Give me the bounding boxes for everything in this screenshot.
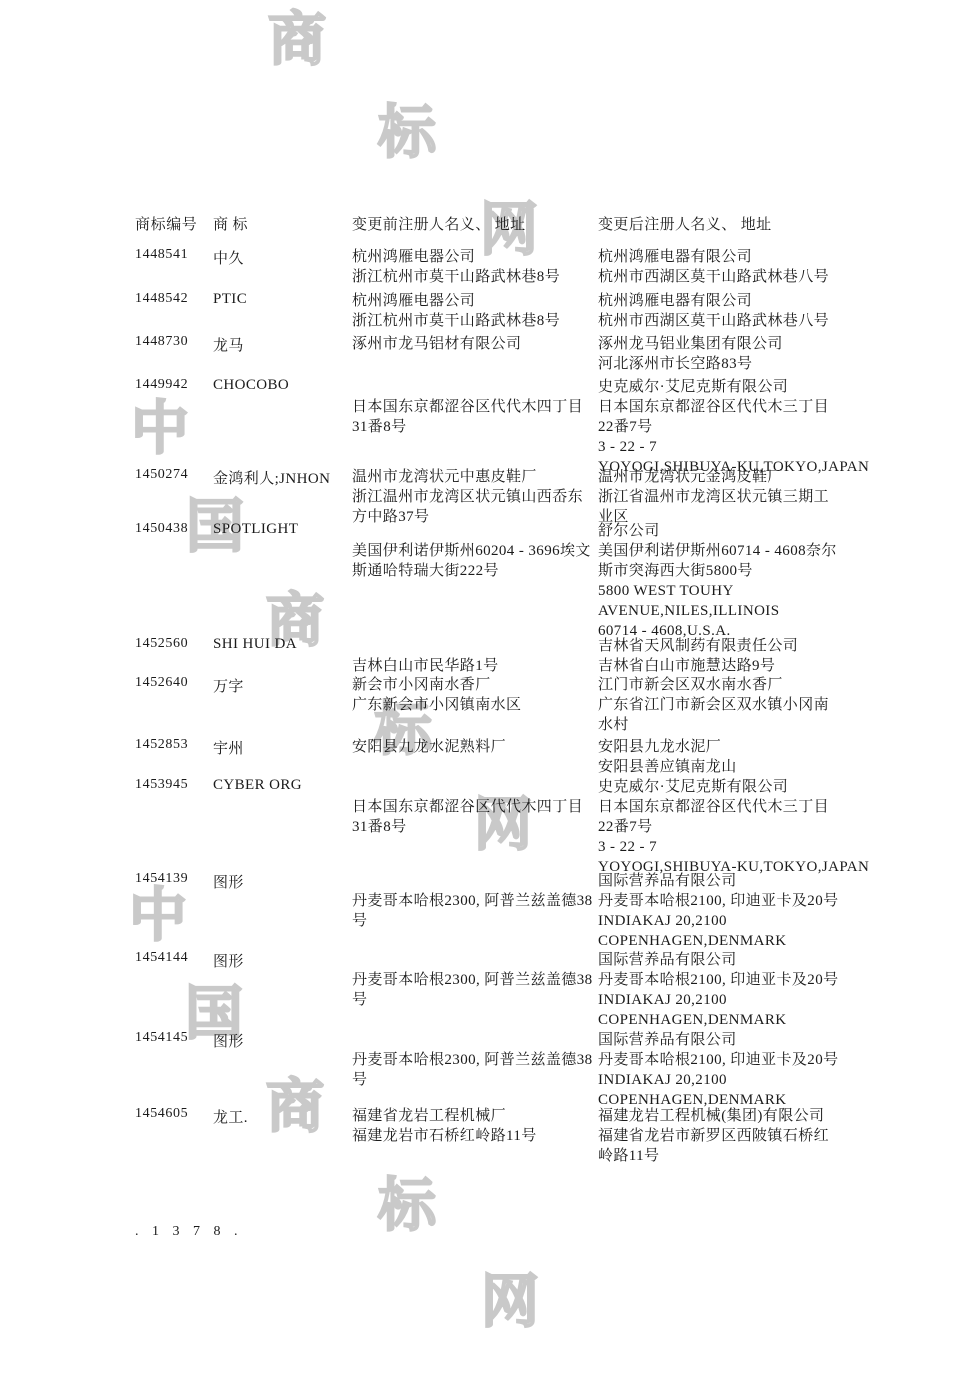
- registrant-before-line: [352, 521, 596, 541]
- registrant-after-cell: 安阳县九龙水泥厂安阳县善应镇南龙山: [598, 737, 860, 777]
- registrant-before-line: 号: [352, 990, 596, 1010]
- trademark-number: 1448730: [135, 334, 211, 350]
- trademark-name: 图形: [213, 1030, 349, 1051]
- trademark-number: 1450274: [135, 467, 211, 483]
- registrant-after-line: INDIAKAJ 20,2100: [598, 1070, 860, 1090]
- registrant-after-line: 史克威尔·艾尼克斯有限公司: [598, 377, 860, 397]
- registrant-after-line: AVENUE,NILES,ILLINOIS: [598, 601, 860, 621]
- watermark-glyph: 商: [268, 10, 326, 68]
- registrant-after-line: 涿州龙马铝业集团有限公司: [598, 334, 860, 354]
- trademark-name: 中久: [213, 247, 349, 268]
- registrant-before-cell: 新会市小冈南水香厂广东新会市小冈镇南水区: [352, 675, 596, 715]
- registrant-before-line: 日本国东京都涩谷区代代木四丁目: [352, 397, 596, 417]
- trademark-name: SPOTLIGHT: [213, 521, 349, 538]
- trademark-name: 图形: [213, 871, 349, 892]
- registrant-after-cell: 史克威尔·艾尼克斯有限公司日本国东京都涩谷区代代木三丁目22番7号3 - 22 …: [598, 777, 860, 877]
- trademark-name: 宇州: [213, 737, 349, 758]
- registrant-after-line: 丹麦哥本哈根2100, 印迪亚卡及20号: [598, 891, 860, 911]
- registrant-before-line: 温州市龙湾状元中惠皮鞋厂: [352, 467, 596, 487]
- registrant-before-line: 号: [352, 911, 596, 931]
- column-header-trademark-number: 商标编号: [135, 213, 211, 234]
- registrant-after-line: 吉林省白山市施慧达路9号: [598, 656, 860, 676]
- registrant-before-line: 丹麦哥本哈根2300, 阿普兰兹盖德38: [352, 891, 596, 911]
- registrant-before-line: [352, 1030, 596, 1050]
- trademark-gazette-page: 商标网中国商标网中国商标网 商标编号 商 标 变更前注册人名义、 地址 变更后注…: [0, 0, 980, 1400]
- registrant-after-line: 国际营养品有限公司: [598, 871, 860, 891]
- registrant-after-cell: 杭州鸿雁电器有限公司杭州市西湖区莫干山路武林巷八号: [598, 291, 860, 331]
- registrant-after-cell: 国际营养品有限公司丹麦哥本哈根2100, 印迪亚卡及20号INDIAKAJ 20…: [598, 871, 860, 951]
- registrant-after-line: 杭州鸿雁电器有限公司: [598, 291, 860, 311]
- registrant-after-line: 史克威尔·艾尼克斯有限公司: [598, 777, 860, 797]
- registrant-after-line: 福建龙岩工程机械(集团)有限公司: [598, 1106, 860, 1126]
- trademark-name: 龙马: [213, 334, 349, 355]
- column-header-trademark: 商 标: [213, 213, 349, 234]
- registrant-before-cell: 杭州鸿雁电器公司浙江杭州市莫干山路武林巷8号: [352, 247, 596, 287]
- registrant-before-line: 号: [352, 1070, 596, 1090]
- registrant-after-line: 水村: [598, 715, 860, 735]
- trademark-number: 1448542: [135, 291, 211, 307]
- registrant-after-cell: 江门市新会区双水南水香厂广东省江门市新会区双水镇小冈南水村: [598, 675, 860, 735]
- registrant-before-line: 31番8号: [352, 417, 596, 437]
- trademark-number: 1452560: [135, 636, 211, 652]
- registrant-before-line: 杭州鸿雁电器公司: [352, 291, 596, 311]
- registrant-after-cell: 福建龙岩工程机械(集团)有限公司福建省龙岩市新罗区西陂镇石桥红岭路11号: [598, 1106, 860, 1166]
- registrant-before-line: 浙江杭州市莫干山路武林巷8号: [352, 311, 596, 331]
- registrant-after-line: 杭州鸿雁电器有限公司: [598, 247, 860, 267]
- column-header-registrant-before: 变更前注册人名义、 地址: [352, 213, 596, 234]
- trademark-name: 金鸿利人;JNHON: [213, 467, 349, 488]
- registrant-before-line: 丹麦哥本哈根2300, 阿普兰兹盖德38: [352, 970, 596, 990]
- registrant-before-line: 浙江杭州市莫干山路武林巷8号: [352, 267, 596, 287]
- registrant-before-line: 福建省龙岩工程机械厂: [352, 1106, 596, 1126]
- registrant-after-line: COPENHAGEN,DENMARK: [598, 1010, 860, 1030]
- registrant-after-cell: 吉林省天风制药有限责任公司吉林省白山市施慧达路9号: [598, 636, 860, 676]
- registrant-before-cell: 安阳县九龙水泥熟料厂: [352, 737, 596, 757]
- registrant-before-line: 安阳县九龙水泥熟料厂: [352, 737, 596, 757]
- registrant-after-line: 福建省龙岩市新罗区西陂镇石桥红: [598, 1126, 860, 1146]
- registrant-before-cell: 日本国东京都涩谷区代代木四丁目31番8号: [352, 777, 596, 837]
- trademark-number: 1450438: [135, 521, 211, 537]
- trademark-number: 1453945: [135, 777, 211, 793]
- registrant-before-cell: 丹麦哥本哈根2300, 阿普兰兹盖德38号: [352, 950, 596, 1010]
- registrant-after-line: 温州市龙湾状元金鸿皮鞋厂: [598, 467, 860, 487]
- trademark-name: PTIC: [213, 291, 349, 308]
- registrant-before-cell: 福建省龙岩工程机械厂福建龙岩市石桥红岭路11号: [352, 1106, 596, 1146]
- registrant-before-line: [352, 950, 596, 970]
- column-header-registrant-after: 变更后注册人名义、 地址: [598, 213, 860, 234]
- registrant-after-line: COPENHAGEN,DENMARK: [598, 931, 860, 951]
- registrant-before-line: [352, 777, 596, 797]
- registrant-before-line: 杭州鸿雁电器公司: [352, 247, 596, 267]
- registrant-after-cell: 国际营养品有限公司丹麦哥本哈根2100, 印迪亚卡及20号INDIAKAJ 20…: [598, 950, 860, 1030]
- registrant-after-line: 3 - 22 - 7: [598, 837, 860, 857]
- registrant-before-line: [352, 871, 596, 891]
- registrant-after-line: 江门市新会区双水南水香厂: [598, 675, 860, 695]
- registrant-after-line: 舒尔公司: [598, 521, 860, 541]
- registrant-after-cell: 温州市龙湾状元金鸿皮鞋厂浙江省温州市龙湾区状元镇三期工业区: [598, 467, 860, 527]
- page-number: . 1 3 7 8 .: [135, 1224, 243, 1240]
- watermark-glyph: 标: [378, 103, 436, 161]
- registrant-after-line: 日本国东京都涩谷区代代木三丁目: [598, 397, 860, 417]
- trademark-number: 1454139: [135, 871, 211, 887]
- registrant-before-line: 新会市小冈南水香厂: [352, 675, 596, 695]
- trademark-number: 1452640: [135, 675, 211, 691]
- registrant-after-line: 国际营养品有限公司: [598, 1030, 860, 1050]
- watermark-glyph: 中: [131, 399, 189, 457]
- trademark-name: CYBER ORG: [213, 777, 349, 794]
- trademark-name: SHI HUI DA: [213, 636, 349, 653]
- registrant-before-cell: 温州市龙湾状元中惠皮鞋厂浙江温州市龙湾区状元镇山西岙东方中路37号: [352, 467, 596, 527]
- registrant-after-line: 斯市突海西大街5800号: [598, 561, 860, 581]
- registrant-before-line: 广东新会市小冈镇南水区: [352, 695, 596, 715]
- registrant-before-cell: 美国伊利诺伊斯州60204 - 3696埃文斯通哈特瑞大街222号: [352, 521, 596, 581]
- registrant-before-cell: 吉林白山市民华路1号: [352, 636, 596, 676]
- registrant-after-line: 美国伊利诺伊斯州60714 - 4608奈尔: [598, 541, 860, 561]
- registrant-before-cell: 日本国东京都涩谷区代代木四丁目31番8号: [352, 377, 596, 437]
- watermark-glyph: 标: [378, 1176, 436, 1234]
- trademark-name: 龙工.: [213, 1106, 349, 1127]
- registrant-before-line: [352, 636, 596, 656]
- watermark-glyph: 中: [129, 886, 187, 944]
- registrant-after-line: INDIAKAJ 20,2100: [598, 990, 860, 1010]
- registrant-after-line: 3 - 22 - 7: [598, 437, 860, 457]
- registrant-before-cell: 涿州市龙马铝材有限公司: [352, 334, 596, 354]
- trademark-number: 1449942: [135, 377, 211, 393]
- registrant-before-line: 福建龙岩市石桥红岭路11号: [352, 1126, 596, 1146]
- registrant-after-line: 安阳县九龙水泥厂: [598, 737, 860, 757]
- registrant-after-line: 丹麦哥本哈根2100, 印迪亚卡及20号: [598, 970, 860, 990]
- registrant-before-line: 日本国东京都涩谷区代代木四丁目: [352, 797, 596, 817]
- registrant-before-line: 吉林白山市民华路1号: [352, 656, 596, 676]
- registrant-after-line: INDIAKAJ 20,2100: [598, 911, 860, 931]
- registrant-after-line: 杭州市西湖区莫干山路武林巷八号: [598, 311, 860, 331]
- registrant-after-cell: 国际营养品有限公司丹麦哥本哈根2100, 印迪亚卡及20号INDIAKAJ 20…: [598, 1030, 860, 1110]
- registrant-after-line: 河北涿州市长空路83号: [598, 354, 860, 374]
- trademark-number: 1454144: [135, 950, 211, 966]
- registrant-after-line: 浙江省温州市龙湾区状元镇三期工: [598, 487, 860, 507]
- trademark-number: 1448541: [135, 247, 211, 263]
- registrant-after-line: 岭路11号: [598, 1146, 860, 1166]
- registrant-after-line: 丹麦哥本哈根2100, 印迪亚卡及20号: [598, 1050, 860, 1070]
- registrant-before-line: [352, 377, 596, 397]
- registrant-after-line: 吉林省天风制药有限责任公司: [598, 636, 860, 656]
- trademark-number: 1454145: [135, 1030, 211, 1046]
- registrant-before-line: 31番8号: [352, 817, 596, 837]
- registrant-before-line: 涿州市龙马铝材有限公司: [352, 334, 596, 354]
- trademark-number: 1454605: [135, 1106, 211, 1122]
- trademark-number: 1452853: [135, 737, 211, 753]
- registrant-after-cell: 史克威尔·艾尼克斯有限公司日本国东京都涩谷区代代木三丁目22番7号3 - 22 …: [598, 377, 860, 477]
- registrant-after-line: 日本国东京都涩谷区代代木三丁目: [598, 797, 860, 817]
- registrant-before-cell: 丹麦哥本哈根2300, 阿普兰兹盖德38号: [352, 871, 596, 931]
- trademark-name: 图形: [213, 950, 349, 971]
- registrant-before-cell: 丹麦哥本哈根2300, 阿普兰兹盖德38号: [352, 1030, 596, 1090]
- registrant-before-line: 丹麦哥本哈根2300, 阿普兰兹盖德38: [352, 1050, 596, 1070]
- registrant-after-cell: 舒尔公司美国伊利诺伊斯州60714 - 4608奈尔斯市突海西大街5800号58…: [598, 521, 860, 641]
- registrant-after-cell: 涿州龙马铝业集团有限公司河北涿州市长空路83号: [598, 334, 860, 374]
- registrant-before-line: 浙江温州市龙湾区状元镇山西岙东: [352, 487, 596, 507]
- registrant-after-line: 5800 WEST TOUHY: [598, 581, 860, 601]
- watermark-glyph: 网: [481, 1272, 539, 1330]
- trademark-name: 万字: [213, 675, 349, 696]
- registrant-after-line: 国际营养品有限公司: [598, 950, 860, 970]
- trademark-name: CHOCOBO: [213, 377, 349, 394]
- registrant-after-line: 22番7号: [598, 417, 860, 437]
- registrant-after-cell: 杭州鸿雁电器有限公司杭州市西湖区莫干山路武林巷八号: [598, 247, 860, 287]
- registrant-after-line: 安阳县善应镇南龙山: [598, 757, 860, 777]
- registrant-before-line: 美国伊利诺伊斯州60204 - 3696埃文: [352, 541, 596, 561]
- registrant-before-cell: 杭州鸿雁电器公司浙江杭州市莫干山路武林巷8号: [352, 291, 596, 331]
- registrant-after-line: 广东省江门市新会区双水镇小冈南: [598, 695, 860, 715]
- registrant-before-line: 斯通哈特瑞大街222号: [352, 561, 596, 581]
- registrant-after-line: 杭州市西湖区莫干山路武林巷八号: [598, 267, 860, 287]
- registrant-after-line: 22番7号: [598, 817, 860, 837]
